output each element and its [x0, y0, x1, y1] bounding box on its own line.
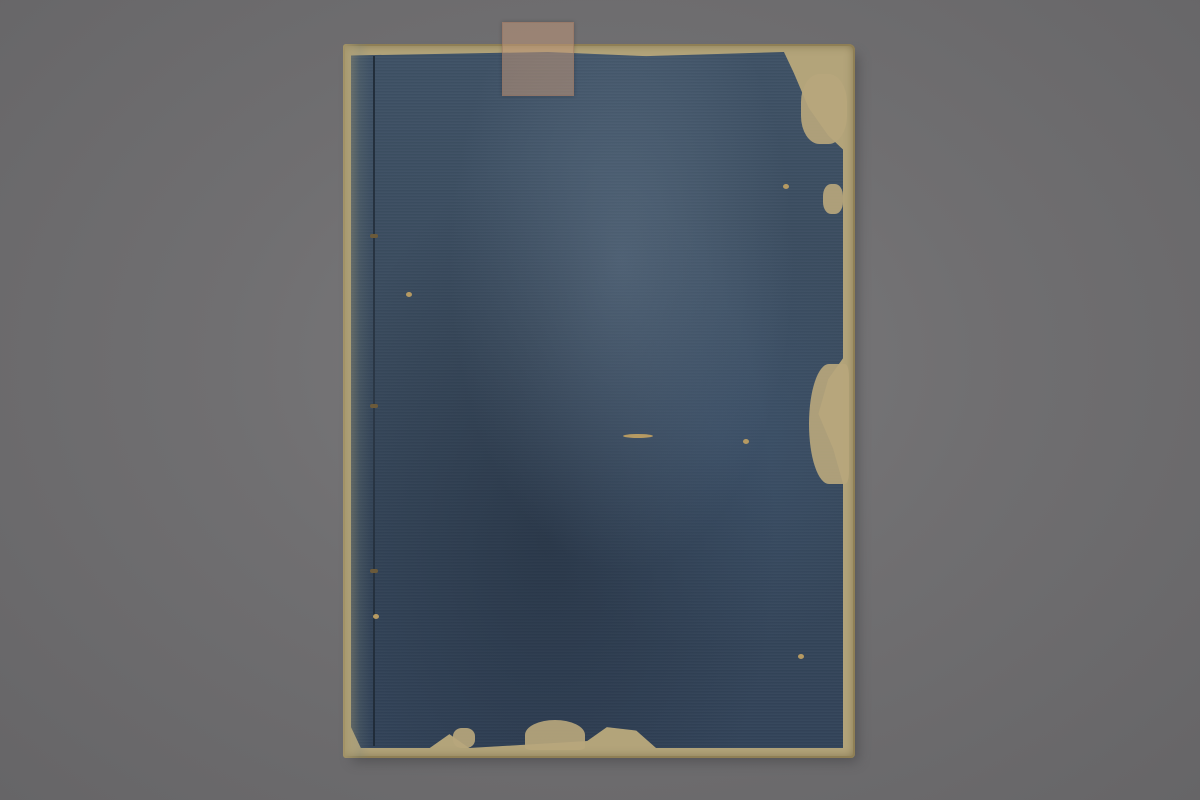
paper-speck: [798, 654, 804, 659]
paper-speck: [373, 614, 379, 619]
photo-scene: [0, 0, 1200, 800]
worn-edge-patch: [809, 364, 849, 484]
stitch-hole: [370, 234, 378, 238]
book: [343, 44, 855, 758]
paper-speck: [743, 439, 749, 444]
worn-edge-patch: [823, 184, 843, 214]
worn-corner-patch: [801, 74, 847, 144]
worn-bottom-patch: [525, 720, 585, 750]
paper-speck: [623, 434, 653, 438]
book-cover: [351, 52, 843, 748]
spine-edge: [343, 44, 371, 758]
paper-speck: [406, 292, 412, 297]
stitch-hole: [370, 404, 378, 408]
title-label: [502, 22, 574, 96]
paper-speck: [783, 184, 789, 189]
worn-bottom-patch: [453, 728, 475, 748]
binding-thread: [373, 56, 375, 746]
stitch-hole: [370, 569, 378, 573]
